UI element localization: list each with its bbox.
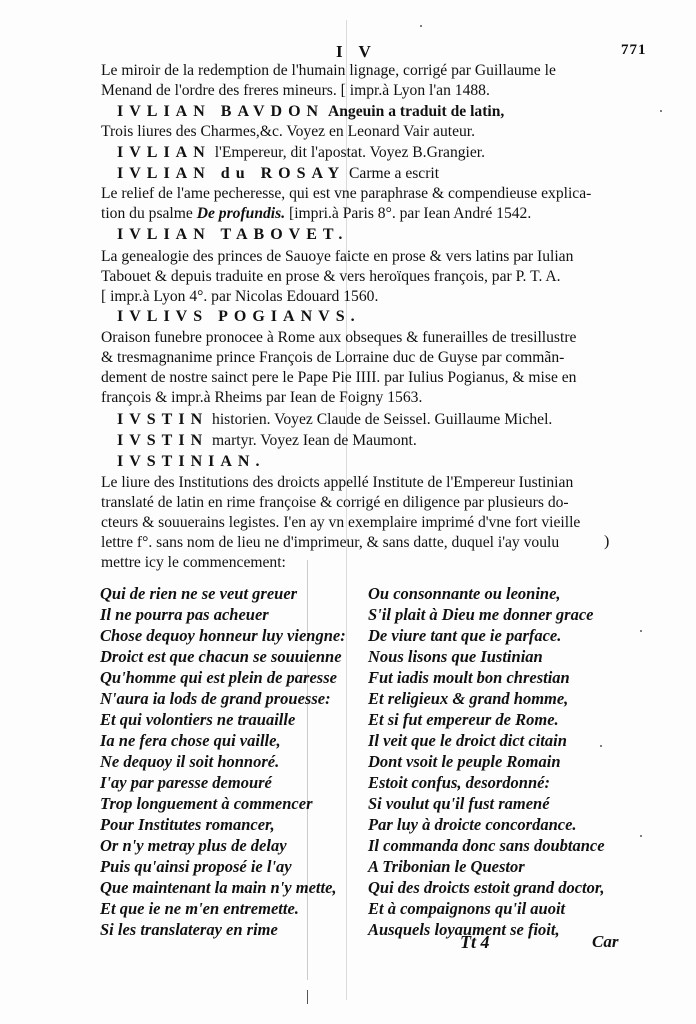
- entry-line: françois & impr.à Rheims par Iean de Foi…: [101, 388, 422, 408]
- author-heading: IVLIVS POGIANVS.: [117, 307, 361, 327]
- verse-line-left: Si les translateray en rime: [100, 920, 278, 940]
- entry-line: Tabouet & depuis traduite en prose & ver…: [101, 267, 561, 287]
- verse-line-right: Estoit confus, desordonné:: [368, 773, 550, 793]
- entry-line: cteurs & souuerains legistes. I'en ay vn…: [101, 513, 580, 533]
- verse-line-right: A Tribonian le Questor: [368, 857, 525, 877]
- entry-line: Trois liures des Charmes,&c. Voyez en Le…: [101, 122, 475, 142]
- entry-line: Le relief de l'ame pecheresse, qui est v…: [101, 184, 591, 204]
- author-note: Angeuin a traduit de latin,: [328, 103, 504, 120]
- verse-line-left: Puis qu'ainsi proposé ie l'ay: [100, 857, 292, 877]
- scan-mark: [307, 990, 308, 1004]
- verse-line-left: Pour Institutes romancer,: [100, 815, 275, 835]
- entry-text: tion du psalme: [101, 205, 197, 222]
- verse-line-left: Ne dequoy il soit honnoré.: [100, 752, 279, 772]
- author-note: Carme a escrit: [349, 165, 439, 182]
- verse-line-right: Et à compaignons qu'il auoit: [368, 899, 565, 919]
- scan-speck: [600, 745, 602, 747]
- verse-line-right: Et religieux & grand homme,: [368, 689, 568, 709]
- entry-line: dement de nostre sainct pere le Pape Pie…: [101, 368, 576, 388]
- author-heading: IVSTINIAN.: [117, 452, 265, 472]
- entry-line: Oraison funebre pronocee à Rome aux obse…: [101, 328, 576, 348]
- verse-line-right: Fut iadis moult bon chrestian: [368, 668, 570, 688]
- scan-column-line: [307, 560, 308, 980]
- entry-line: & tresmagnanime prince François de Lorra…: [101, 348, 564, 368]
- scan-speck: [640, 835, 642, 837]
- verse-line-right: S'il plait à Dieu me donner grace: [368, 605, 594, 625]
- verse-line-right: Et si fut empereur de Rome.: [368, 710, 559, 730]
- author-heading: IVLIAN l'Empereur, dit l'apostat. Voyez …: [117, 143, 485, 163]
- author-heading: IVLIAN du ROSAY Carme a escrit: [117, 164, 439, 184]
- entry-line: Le miroir de la redemption de l'humain l…: [101, 61, 556, 81]
- entry-line: Menand de l'ordre des freres mineurs. [ …: [101, 81, 490, 101]
- verse-line-left: Qu'homme qui est plein de paresse: [100, 668, 337, 688]
- entry-line: [ impr.à Lyon 4°. par Nicolas Edouard 15…: [101, 287, 378, 307]
- signature-mark: Tt 4: [460, 932, 490, 953]
- author-name: IVLIAN BAVDON: [117, 103, 324, 120]
- scan-speck: [640, 630, 642, 632]
- verse-line-left: N'aura ia lods de grand prouesse:: [100, 689, 331, 709]
- author-name: IVLIAN du ROSAY: [117, 165, 345, 182]
- verse-line-left: Ia ne fera chose qui vaille,: [100, 731, 281, 751]
- author-note: martyr. Voyez Iean de Maumont.: [212, 432, 417, 449]
- verse-line-left: Et que ie ne m'en entremette.: [100, 899, 299, 919]
- verse-line-right: Nous lisons que Iustinian: [368, 647, 543, 667]
- entry-line: La genealogie des princes de Sauoye faic…: [101, 247, 573, 267]
- verse-line-right: De viure tant que ie parface.: [368, 626, 561, 646]
- verse-line-left: Que maintenant la main n'y mette,: [100, 878, 337, 898]
- entry-line: lettre f°. sans nom de lieu ne d'imprime…: [101, 533, 559, 553]
- verse-line-left: Il ne pourra pas acheuer: [100, 605, 269, 625]
- verse-line-right: Ou consonnante ou leonine,: [368, 584, 561, 604]
- author-name: IVLIVS POGIANVS.: [117, 308, 361, 325]
- entry-title-italic: De profundis.: [197, 205, 285, 222]
- author-note: l'Empereur, dit l'apostat. Voyez B.Grang…: [215, 144, 485, 161]
- entry-line: translaté de latin en rime françoise & c…: [101, 493, 569, 513]
- running-title: I V: [336, 42, 377, 62]
- entry-line: tion du psalme De profundis. [impri.à Pa…: [101, 204, 531, 224]
- verse-line-right: Si voulut qu'il fust ramené: [368, 794, 550, 814]
- author-heading: IVLIAN TABOVET.: [117, 225, 348, 245]
- verse-line-left: I'ay par paresse demouré: [100, 773, 272, 793]
- author-note: historien. Voyez Claude de Seissel. Guil…: [212, 411, 552, 428]
- entry-text: [impri.à Paris 8°. par Iean André 1542.: [285, 205, 531, 222]
- verse-line-left: Et qui volontiers ne trauaille: [100, 710, 295, 730]
- verse-line-left: Or n'y metray plus de delay: [100, 836, 287, 856]
- author-name: IVSTIN: [117, 432, 208, 449]
- verse-line-left: Droict est que chacun se souuienne: [100, 647, 342, 667]
- verse-line-right: Il veit que le droict dict citain: [368, 731, 567, 751]
- author-heading: IVSTIN martyr. Voyez Iean de Maumont.: [117, 431, 417, 451]
- page-number: 771: [621, 42, 647, 59]
- verse-line-left: Chose dequoy honneur luy viengne:: [100, 626, 346, 646]
- verse-line-right: Par luy à droicte concordance.: [368, 815, 577, 835]
- verse-line-left: Trop longuement à commencer: [100, 794, 313, 814]
- author-heading: IVSTIN historien. Voyez Claude de Seisse…: [117, 410, 552, 430]
- margin-mark: ): [604, 533, 609, 551]
- verse-line-right: Il commanda donc sans doubtance: [368, 836, 605, 856]
- verse-line-right: Qui des droicts estoit grand doctor,: [368, 878, 605, 898]
- author-name: IVSTIN: [117, 411, 208, 428]
- entry-line: Le liure des Institutions des droicts ap…: [101, 473, 573, 493]
- scan-speck: [660, 110, 662, 112]
- author-name: IVLIAN TABOVET.: [117, 226, 348, 243]
- author-heading: IVLIAN BAVDON Angeuin a traduit de latin…: [117, 102, 504, 122]
- entry-line: mettre icy le commencement:: [101, 553, 286, 573]
- verse-line-left: Qui de rien ne se veut greuer: [100, 584, 297, 604]
- author-name: IVSTINIAN.: [117, 453, 265, 470]
- book-page: I V 771 Le miroir de la redemption de l'…: [0, 0, 696, 1024]
- catchword: Car: [592, 932, 618, 952]
- scan-speck: [420, 25, 422, 27]
- author-name: IVLIAN: [117, 144, 211, 161]
- verse-line-right: Dont vsoit le peuple Romain: [368, 752, 561, 772]
